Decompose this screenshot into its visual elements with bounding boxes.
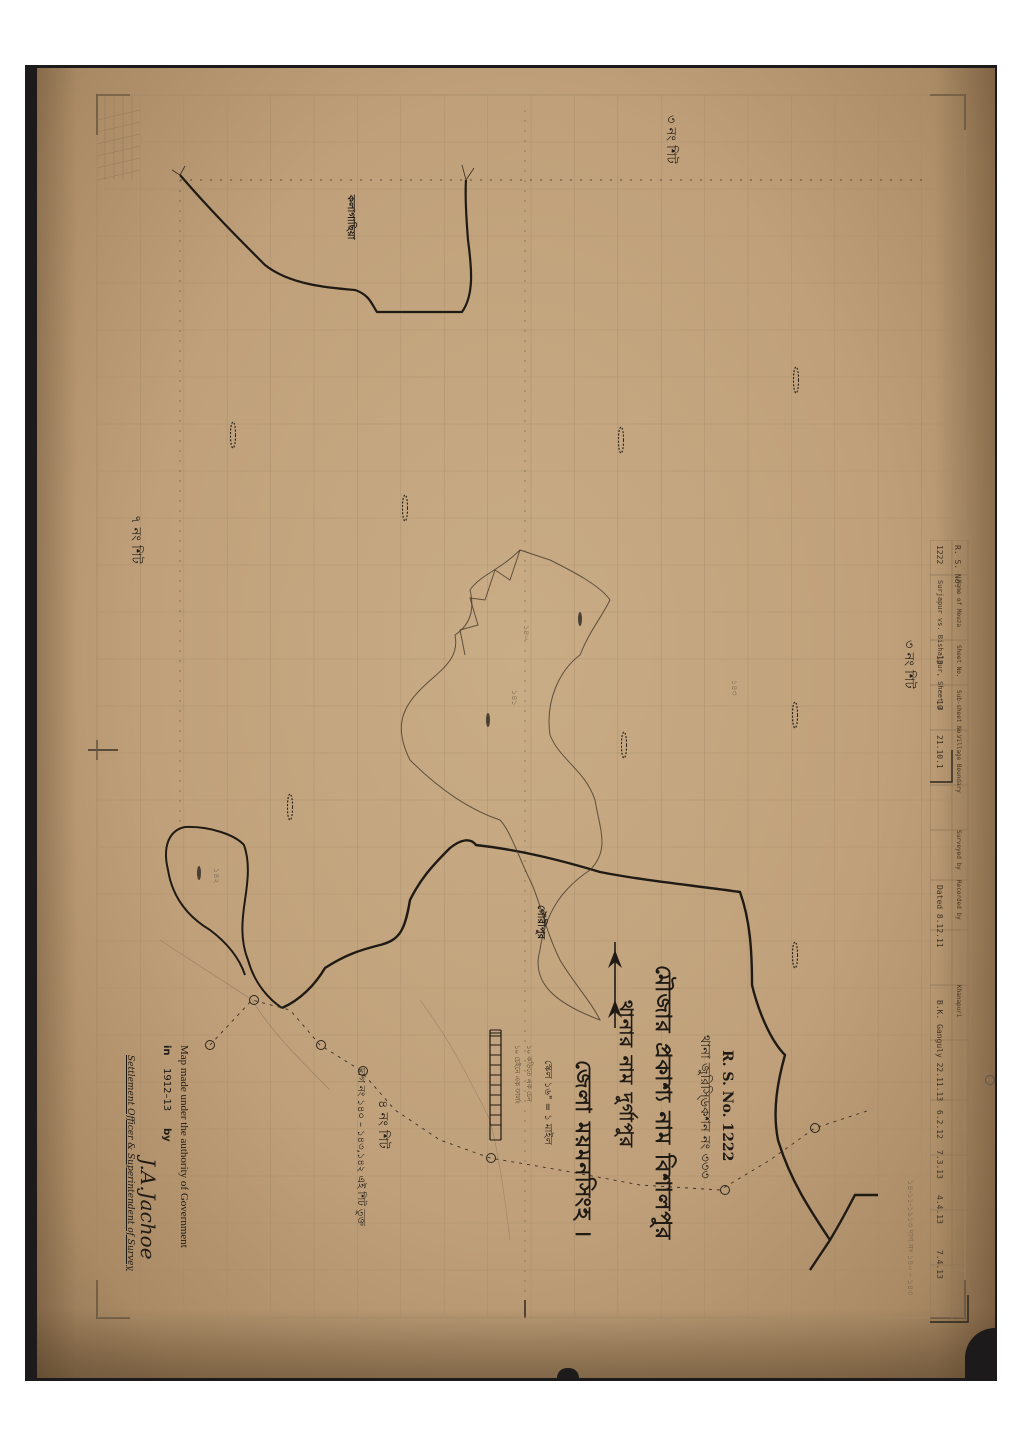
plot-label: ১৪০ xyxy=(519,625,532,641)
thana-name: থানার নাম দুর্গাপুর xyxy=(608,1000,640,1148)
officer-signature: J.A.Jachoe xyxy=(136,1158,160,1260)
grid-marker-ornament xyxy=(792,700,798,730)
officer-designation: Settlement Officer & Superintendent of S… xyxy=(125,1055,135,1271)
rs-label: R. S. No. xyxy=(719,1050,735,1118)
authority-statement: Map made under the authority of Governme… xyxy=(178,1045,190,1248)
table-header-mouza: Name of Mouza xyxy=(955,580,962,627)
adjacent-sheet-top: ৩ নং শিট xyxy=(659,115,680,164)
table-header-recorded: Recorded by xyxy=(955,880,962,920)
village-label-south: গৌরীপুর xyxy=(531,905,548,939)
plot-label: ১৪৩ xyxy=(727,680,740,696)
authority-year-prefix: in xyxy=(161,1045,172,1056)
tank-symbol xyxy=(486,713,490,727)
thana-jurisdiction: থানা জুরিস্ডিকশন নং ৩৩৩ xyxy=(693,1035,714,1179)
boundary-west-loop xyxy=(166,827,282,1008)
adjacent-sheet-left: ৭ নং শিট xyxy=(124,515,145,564)
scale-unit-2: ১০ চেইনে এক ফার্লং xyxy=(511,1045,523,1104)
traverse-station xyxy=(249,995,259,1005)
traverse-station xyxy=(486,1153,496,1163)
survey-number-label: R. S. No. 1222 xyxy=(719,1050,735,1161)
table-value-checked: 4.4.13 xyxy=(935,1195,944,1224)
traverse-station xyxy=(205,1040,215,1050)
plot-label: ১৪১ xyxy=(507,690,520,706)
grid-marker-ornament xyxy=(402,493,408,523)
table-value-attestation: Dated 8.12.11 xyxy=(935,885,944,948)
rs-number: 1222 xyxy=(719,1122,735,1161)
table-value-subsheet: 10 xyxy=(935,700,944,710)
grid-marker-ornament xyxy=(621,730,627,760)
traverse-station xyxy=(316,1040,326,1050)
grid-marker-ornament xyxy=(287,792,293,822)
tank-symbol xyxy=(197,866,201,880)
adjacent-sheet-bottom: ৪ নং শিট xyxy=(371,1100,392,1149)
registration-mark xyxy=(985,1075,995,1085)
village-label-north: কলাগাছিয়া xyxy=(341,195,358,240)
boundary-north xyxy=(180,175,471,312)
grid-marker-ornament xyxy=(618,425,624,455)
plot-label: ১৪২ xyxy=(209,868,222,884)
table-header-sheet: Sheet No. xyxy=(955,645,962,678)
table-value-date: 7.4.13 xyxy=(935,1250,944,1279)
table-value-bujharat: 6.2.12 xyxy=(935,1110,944,1139)
tank-symbol xyxy=(578,612,582,626)
district-name: জেলা ময়মনসিংহ । xyxy=(563,1060,600,1238)
scale-text: স্কেল ১৬" = ১ মাইল xyxy=(538,1060,555,1145)
table-value-rs-no: 1222 xyxy=(935,545,944,564)
grid-marker-ornament xyxy=(792,940,798,970)
frame-corners xyxy=(88,95,965,1318)
traverse-station xyxy=(810,1123,820,1133)
table-header-boundary: Village Boundary xyxy=(955,735,962,793)
table-value-sheet: 13 xyxy=(935,655,944,665)
table-header-khanapuri: Khanapuri xyxy=(955,985,962,1018)
grid-marker-ornament xyxy=(230,420,236,450)
table-value-boundary: 21.10.1 xyxy=(935,735,944,769)
authority-by: by xyxy=(161,1128,172,1142)
mauza-title: মৌজার প্রকাশ্য নাম বিশালপুর xyxy=(643,965,680,1240)
authority-year: 1912–13 xyxy=(161,1068,172,1111)
marginal-note: ১৪-১১-১৯১৩ দাগ নং ১৪০ – ১৪৩ xyxy=(903,1180,916,1295)
table-header-surveyed: Surveyed by xyxy=(955,830,962,870)
table-header-subsheet: Sub-sheet No. xyxy=(955,690,962,737)
sheet-range-note: দাগ নং ১৪০ – ১৪৩,১৪২ এই শিট তুক্ত xyxy=(351,1068,368,1226)
scale-bar xyxy=(487,1025,507,1145)
traverse-station xyxy=(720,1185,730,1195)
table-value-printed: 7.3.13 xyxy=(935,1150,944,1179)
scale-unit-1: ১০ কড়িতে এক চেন xyxy=(523,1045,535,1102)
grid-marker-ornament xyxy=(793,365,799,395)
table-value-mouza: Surjapur vs. Bishalpur, Sheet 3 xyxy=(936,580,944,711)
table-value-khanapuri: B.K. Ganguly 22.11.13 xyxy=(935,1000,944,1101)
adjacent-sheet-right: ৩ নং শিট xyxy=(897,640,918,689)
